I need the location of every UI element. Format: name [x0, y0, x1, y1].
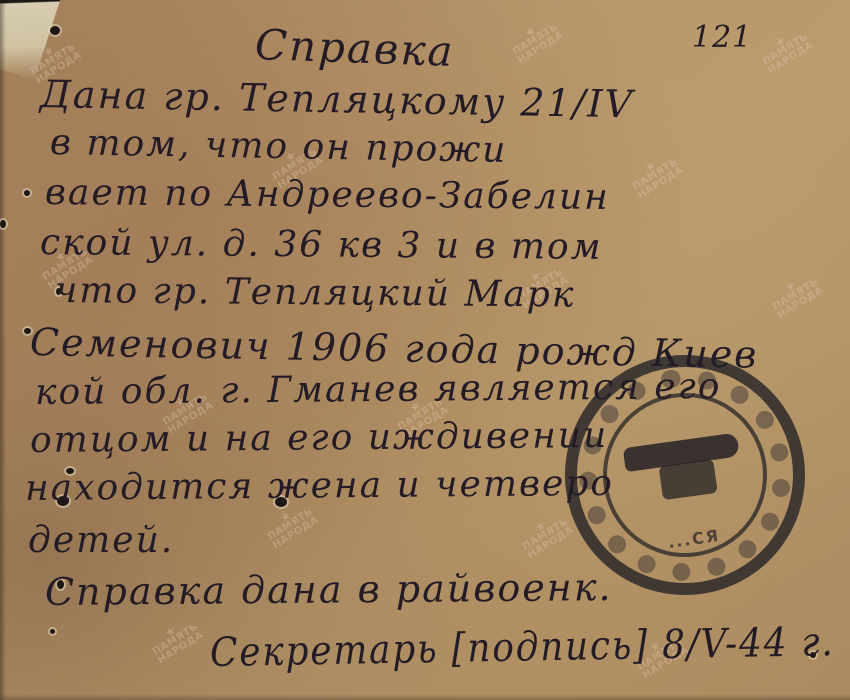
- stamp-emblem: [659, 459, 718, 500]
- text-line: кой обл. г. Гманев является его: [35, 366, 722, 413]
- watermark: ★ ПАМЯТЬ НАРОДА: [516, 509, 576, 562]
- paper-hole: [24, 190, 30, 196]
- text-line: Дана гр. Тепляцкому 21/IV: [40, 72, 635, 126]
- text-line: отцом и на его иждивении: [30, 415, 609, 461]
- text-line: ской ул. д. 36 кв 3 и в том: [40, 222, 603, 268]
- watermark: ★ ПАМЯТЬ НАРОДА: [756, 24, 816, 77]
- paper-edge-left: [0, 0, 6, 700]
- paper-hole: [50, 629, 55, 634]
- document-title: Справка: [254, 20, 455, 76]
- watermark: ★ ПАМЯТЬ НАРОДА: [146, 614, 206, 667]
- paper-edge-bottom: [0, 694, 850, 700]
- paper-hole: [50, 26, 60, 35]
- watermark: ★ ПАМЯТЬ НАРОДА: [506, 14, 566, 67]
- text-line: находится жена и четверо: [25, 463, 614, 509]
- text-line: вает по Андреево-Забелин: [45, 172, 610, 218]
- paper-hole: [0, 220, 6, 228]
- text-line: детей.: [28, 520, 174, 561]
- watermark: ★ ПАМЯТЬ НАРОДА: [766, 269, 826, 322]
- torn-corner: [0, 0, 62, 80]
- document-scan: ★ ПАМЯТЬ НАРОДА ★ ПАМЯТЬ НАРОДА ★ ПАМЯТЬ…: [0, 0, 850, 700]
- stamp-inner-ring: [592, 382, 777, 567]
- text-line: Справка дана в райвоенк.: [45, 565, 613, 614]
- text-line: что гр. Тепляцкий Марк: [55, 270, 576, 316]
- text-line: в том, что он прожи: [50, 122, 508, 171]
- page-number: 121: [692, 20, 752, 55]
- signature-line: Секретарь [подпись] 8/V-44 г.: [210, 619, 835, 676]
- stamp-text: ...СЯ: [574, 513, 814, 565]
- stamp-emblem-bar: [623, 432, 740, 472]
- watermark: ★ ПАМЯТЬ НАРОДА: [626, 149, 686, 202]
